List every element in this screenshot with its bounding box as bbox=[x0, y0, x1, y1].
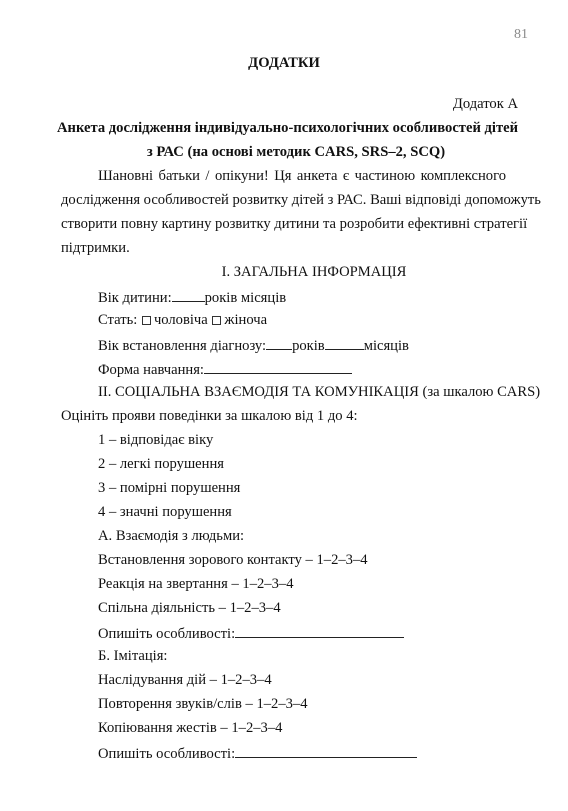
intro-line: створити повну картину розвитку дитини т… bbox=[61, 215, 506, 233]
diagnosis-age-row: Вік встановлення діагнозу:роківмісяців bbox=[98, 335, 409, 355]
rating-item[interactable]: Копіювання жестів – 1–2–3–4 bbox=[98, 719, 282, 737]
intro-line: Шановні батьки / опікуни! Ця анкета є ча… bbox=[98, 167, 506, 185]
diagnosis-years-input[interactable] bbox=[266, 335, 292, 350]
diagnosis-months-label: місяців bbox=[364, 338, 409, 354]
questionnaire-title-line2: з РАС (на основі методик CARS, SRS–2, SC… bbox=[12, 143, 568, 161]
subsection-b-describe-row: Опишіть особливості: bbox=[98, 743, 417, 763]
scale-item: 3 – помірні порушення bbox=[98, 479, 240, 497]
section2-title: ІІ. СОЦІАЛЬНА ВЗАЄМОДІЯ ТА КОМУНІКАЦІЯ (… bbox=[98, 383, 506, 401]
intro-line: підтримки. bbox=[61, 239, 130, 257]
appendix-label: Додаток А bbox=[453, 95, 518, 113]
questionnaire-title-line1: Анкета дослідження індивідуально-психоло… bbox=[57, 119, 518, 137]
rating-item[interactable]: Реакція на звертання – 1–2–3–4 bbox=[98, 575, 294, 593]
gender-label: Стать: bbox=[98, 312, 137, 328]
gender-row: Стать: чоловіча жіноча bbox=[98, 311, 267, 329]
section2-instructions: Оцініть прояви поведінки за шкалою від 1… bbox=[61, 407, 358, 425]
describe-label: Опишіть особливості: bbox=[98, 746, 235, 762]
diagnosis-months-input[interactable] bbox=[325, 335, 364, 350]
child-age-label: Вік дитини: bbox=[98, 290, 172, 306]
education-row: Форма навчання: bbox=[98, 359, 352, 379]
diagnosis-years-label: років bbox=[292, 338, 325, 354]
describe-label: Опишіть особливості: bbox=[98, 626, 235, 642]
gender-male-checkbox[interactable] bbox=[142, 316, 151, 325]
scale-item: 2 – легкі порушення bbox=[98, 455, 224, 473]
section1-title: І. ЗАГАЛЬНА ІНФОРМАЦІЯ bbox=[30, 263, 568, 281]
gender-female-checkbox[interactable] bbox=[212, 316, 221, 325]
gender-male-label: чоловіча bbox=[154, 312, 208, 328]
subsection-b-title: Б. Імітація: bbox=[98, 647, 168, 665]
rating-item[interactable]: Наслідування дій – 1–2–3–4 bbox=[98, 671, 272, 689]
child-age-row: Вік дитини:років місяців bbox=[98, 287, 286, 307]
child-age-suffix: років місяців bbox=[205, 290, 287, 306]
gender-female-label: жіноча bbox=[224, 312, 267, 328]
rating-item[interactable]: Спільна діяльність – 1–2–3–4 bbox=[98, 599, 281, 617]
intro-line: дослідження особливостей розвитку дітей … bbox=[61, 191, 506, 209]
page-number: 81 bbox=[514, 27, 528, 43]
subsection-a-title: А. Взаємодія з людьми: bbox=[98, 527, 244, 545]
subsection-b-describe-input[interactable] bbox=[235, 743, 417, 758]
subsection-a-describe-input[interactable] bbox=[235, 623, 404, 638]
rating-item[interactable]: Встановлення зорового контакту – 1–2–3–4 bbox=[98, 551, 368, 569]
subsection-a-describe-row: Опишіть особливості: bbox=[98, 623, 404, 643]
scale-item: 4 – значні порушення bbox=[98, 503, 232, 521]
diagnosis-age-label: Вік встановлення діагнозу: bbox=[98, 338, 266, 354]
rating-item[interactable]: Повторення звуків/слів – 1–2–3–4 bbox=[98, 695, 308, 713]
page-heading: ДОДАТКИ bbox=[0, 54, 568, 72]
education-label: Форма навчання: bbox=[98, 362, 204, 378]
scale-item: 1 – відповідає віку bbox=[98, 431, 213, 449]
education-input[interactable] bbox=[204, 359, 352, 374]
child-age-input[interactable] bbox=[172, 287, 205, 302]
